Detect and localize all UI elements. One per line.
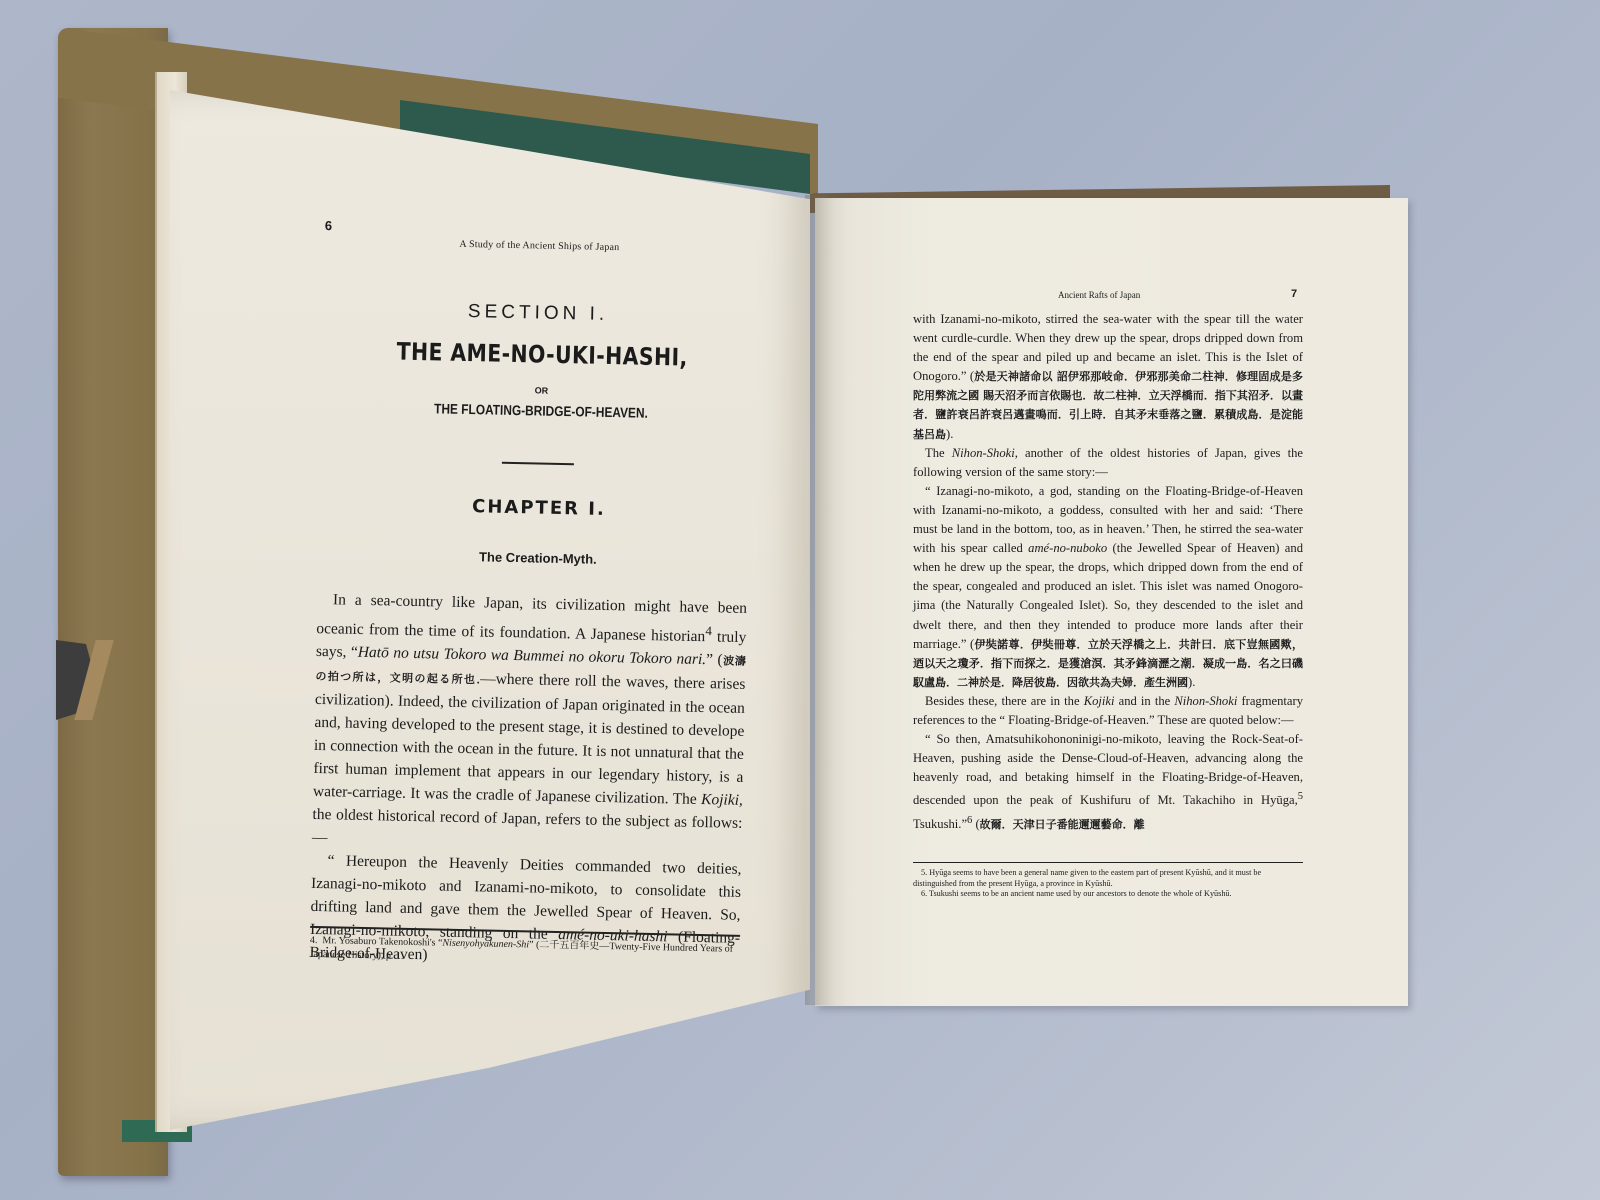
body-text: with Izanami-no-mikoto, stirred the sea-… [913, 310, 1303, 834]
paragraph: “ So then, Amatsuhikohononinigi-no-mikot… [913, 730, 1303, 834]
paragraph: “ Izanagi-no-mikoto, a god, standing on … [913, 482, 1303, 692]
japanese-text: 故爾．天津日子番能邇邇藝命．離 [980, 818, 1145, 831]
paragraph: Besides these, there are in the Kojiki a… [913, 692, 1303, 730]
footnotes: 5. Hyūga seems to have been a general na… [913, 868, 1303, 900]
footnote-rule [913, 862, 1303, 863]
footnote-marker: 5 [1298, 791, 1303, 802]
running-head: Ancient Rafts of Japan [1058, 290, 1140, 300]
page-number: 6 [325, 218, 333, 233]
paragraph: In a sea-country like Japan, its civiliz… [312, 588, 747, 858]
paragraph: The Nihon-Shoki, another of the oldest h… [913, 444, 1303, 482]
photo-scene: 6 A Study of the Ancient Ships of Japan … [0, 0, 1600, 1200]
body-text: In a sea-country like Japan, its civiliz… [309, 588, 747, 973]
footnote: 6. Tsukushi seems to be an ancient name … [913, 889, 1303, 900]
footnote: 5. Hyūga seems to have been a general na… [913, 868, 1303, 889]
paragraph: with Izanami-no-mikoto, stirred the sea-… [913, 310, 1303, 444]
book-cover-left [58, 28, 168, 1176]
page-number: 7 [1291, 288, 1297, 300]
